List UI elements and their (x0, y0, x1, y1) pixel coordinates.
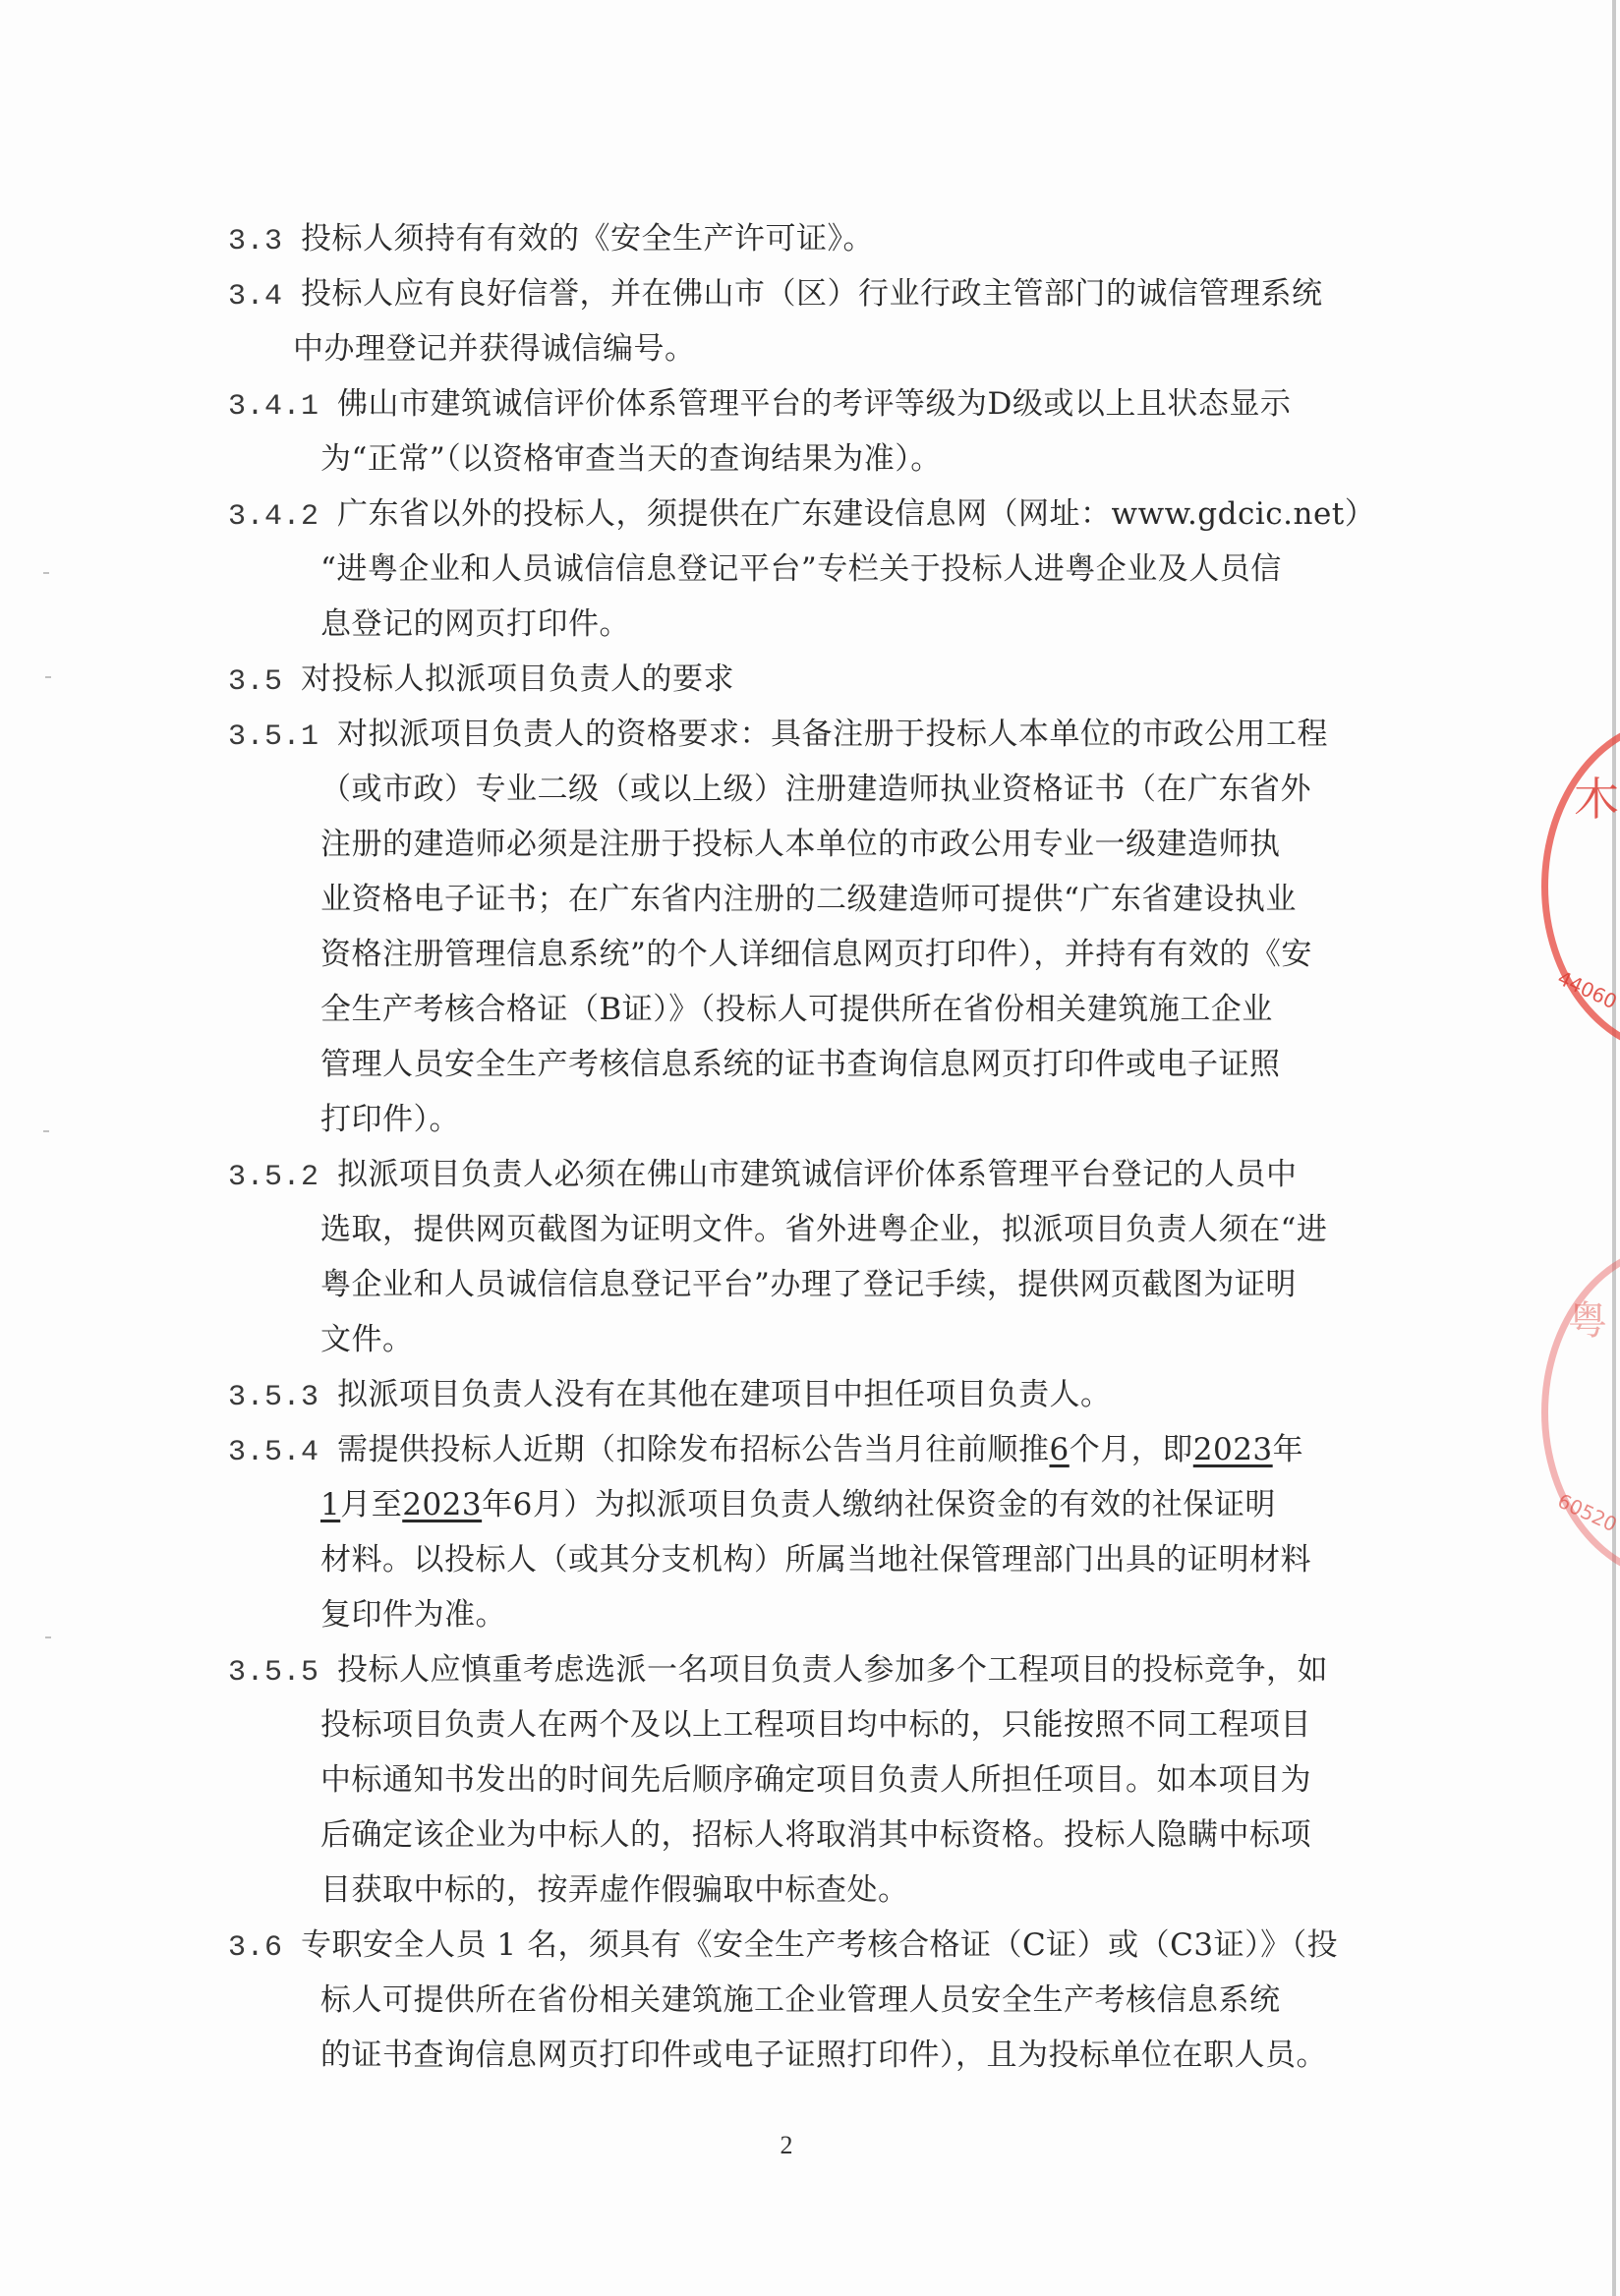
clause-text: 选取，提供网页截图为证明文件。省外进粤企业，拟派项目负责人须在“进 (320, 1212, 1327, 1247)
scan-speck (43, 1130, 49, 1132)
clause-text: 目获取中标的，按弄虚作假骗取中标查处。 (320, 1872, 909, 1908)
clause-continuation-line: 为“正常”（以资格审查当天的查询结果为准）。 (320, 431, 942, 487)
seal-number: 60520 (1554, 1489, 1620, 1537)
clause-text: 投标项目负责人在两个及以上工程项目均中标的，只能按照不同工程项目 (320, 1707, 1311, 1743)
clause-continuation-line: “进粤企业和人员诚信信息登记平台”专栏关于投标人进粤企业及人员信 (320, 542, 1282, 597)
seal-number: 44060 (1554, 966, 1620, 1014)
clause-continuation-line: 材料。以投标人（或其分支机构）所属当地社保管理部门出具的证明材料 (320, 1532, 1311, 1587)
clause-continuation-line: 目获取中标的，按弄虚作假骗取中标查处。 (320, 1863, 909, 1918)
clause-line: 3.5.1 对拟派项目负责人的资格要求：具备注册于投标人本单位的市政公用工程 (228, 707, 1328, 762)
clause-text: （或市政）专业二级（或以上级）注册建造师执业资格证书（在广东省外 (320, 772, 1311, 807)
clause-text: 材料。以投标人（或其分支机构）所属当地社保管理部门出具的证明材料 (320, 1542, 1311, 1578)
clause-number: 3.5.2 (228, 1161, 337, 1194)
clause-line: 3.5.3 拟派项目负责人没有在其他在建项目中担任项目负责人。 (228, 1367, 1112, 1422)
scan-speck (45, 676, 51, 678)
clause-line: 3.5.2 拟派项目负责人必须在佛山市建筑诚信评价体系管理平台登记的人员中 (228, 1147, 1298, 1202)
clause-text: 全生产考核合格证（B证）》（投标人可提供所在省份相关建筑施工企业 (320, 992, 1273, 1027)
clause-continuation-line: 的证书查询信息网页打印件或电子证照打印件），且为投标单位在职人员。 (320, 2028, 1327, 2083)
clause-text: 拟派项目负责人必须在佛山市建筑诚信评价体系管理平台登记的人员中 (337, 1157, 1298, 1192)
clause-text: 佛山市建筑诚信评价体系管理平台的考评等级为D级或以上且状态显示 (337, 386, 1291, 422)
clause-text: 专职安全人员 1 名，须具有《安全生产考核合格证（C证）或（C3证）》（投 (301, 1927, 1338, 1963)
clause-continuation-line: 中办理登记并获得诚信编号。 (293, 321, 696, 376)
clause-number: 3.4.1 (228, 390, 337, 424)
clause-text: 投标人应有良好信誉，并在佛山市（区）行业行政主管部门的诚信管理系统 (301, 276, 1323, 312)
clause-text: 注册的建造师必须是注册于投标人本单位的市政公用专业一级建造师执 (320, 827, 1281, 862)
clause-continuation-line: 文件。 (320, 1312, 414, 1367)
clause-continuation-line: （或市政）专业二级（或以上级）注册建造师执业资格证书（在广东省外 (320, 762, 1311, 817)
clause-text: 打印件）。 (320, 1102, 460, 1137)
clause-line: 3.4.2 广东省以外的投标人，须提供在广东建设信息网（网址：www.gdcic… (228, 487, 1375, 542)
scan-speck (43, 572, 49, 574)
clause-text: 需提供投标人近期（扣除发布招标公告当月往前顺推6个月，即2023年 (337, 1432, 1303, 1467)
clause-continuation-line: 打印件）。 (320, 1092, 460, 1147)
clause-number: 3.4.2 (228, 500, 337, 534)
clause-text: 文件。 (320, 1322, 414, 1357)
clause-continuation-line: 管理人员安全生产考核信息系统的证书查询信息网页打印件或电子证照 (320, 1037, 1281, 1092)
clause-line: 3.4.1 佛山市建筑诚信评价体系管理平台的考评等级为D级或以上且状态显示 (228, 376, 1291, 431)
official-seal-stamp: 木 44060 (1541, 717, 1620, 1056)
clause-text: 投标人须持有有效的《安全生产许可证》。 (301, 221, 874, 257)
clause-continuation-line: 息登记的网页打印件。 (320, 597, 630, 652)
clause-line: 3.3 投标人须持有有效的《安全生产许可证》。 (228, 211, 874, 266)
clause-text: 为“正常”（以资格审查当天的查询结果为准）。 (320, 441, 942, 477)
clause-number: 3.5.1 (228, 720, 337, 754)
clause-continuation-line: 注册的建造师必须是注册于投标人本单位的市政公用专业一级建造师执 (320, 817, 1281, 872)
clause-number: 3.5 (228, 665, 301, 699)
seal-glyph: 木 (1574, 764, 1619, 829)
clause-continuation-line: 1月至2023年6月）为拟派项目负责人缴纳社保资金的有效的社保证明 (320, 1477, 1276, 1532)
clause-text: 中标通知书发出的时间先后顺序确定项目负责人所担任项目。如本项目为 (320, 1762, 1311, 1798)
clause-text: 管理人员安全生产考核信息系统的证书查询信息网页打印件或电子证照 (320, 1047, 1281, 1082)
clause-text: 粤企业和人员诚信信息登记平台”办理了登记手续，提供网页截图为证明 (320, 1267, 1297, 1302)
clause-text: 复印件为准。 (320, 1597, 506, 1633)
clause-number: 3.5.3 (228, 1381, 337, 1414)
clause-continuation-line: 标人可提供所在省份相关建筑施工企业管理人员安全生产考核信息系统 (320, 1973, 1281, 2028)
clause-continuation-line: 中标通知书发出的时间先后顺序确定项目负责人所担任项目。如本项目为 (320, 1752, 1311, 1808)
clause-continuation-line: 复印件为准。 (320, 1587, 506, 1642)
clause-text: 的证书查询信息网页打印件或电子证照打印件），且为投标单位在职人员。 (320, 2038, 1327, 2073)
clause-text: 对拟派项目负责人的资格要求：具备注册于投标人本单位的市政公用工程 (337, 717, 1328, 752)
clause-continuation-line: 资格注册管理信息系统”的个人详细信息网页打印件），并持有有效的《安 (320, 927, 1312, 982)
clause-line: 3.5 对投标人拟派项目负责人的要求 (228, 652, 734, 707)
official-seal-stamp-2: 粤 60520 (1541, 1243, 1620, 1581)
clause-number: 3.5.5 (228, 1656, 337, 1690)
page-edge-border (1612, 0, 1616, 2296)
seal-glyph: 粤 (1568, 1290, 1607, 1346)
clause-continuation-line: 粤企业和人员诚信信息登记平台”办理了登记手续，提供网页截图为证明 (320, 1257, 1297, 1312)
clause-text: 标人可提供所在省份相关建筑施工企业管理人员安全生产考核信息系统 (320, 1982, 1281, 2018)
clause-continuation-line: 投标项目负责人在两个及以上工程项目均中标的，只能按照不同工程项目 (320, 1697, 1311, 1752)
clause-number: 3.5.4 (228, 1436, 337, 1469)
clause-text: 后确定该企业为中标人的，招标人将取消其中标资格。投标人隐瞒中标项 (320, 1817, 1311, 1853)
clause-text: 业资格电子证书；在广东省内注册的二级建造师可提供“广东省建设执业 (320, 882, 1297, 917)
clause-text: 拟派项目负责人没有在其他在建项目中担任项目负责人。 (337, 1377, 1112, 1412)
clause-number: 3.4 (228, 280, 301, 314)
clause-text: 资格注册管理信息系统”的个人详细信息网页打印件），并持有有效的《安 (320, 937, 1312, 972)
clause-continuation-line: 后确定该企业为中标人的，招标人将取消其中标资格。投标人隐瞒中标项 (320, 1808, 1311, 1863)
clause-line: 3.6 专职安全人员 1 名，须具有《安全生产考核合格证（C证）或（C3证）》（… (228, 1918, 1338, 1973)
clause-continuation-line: 业资格电子证书；在广东省内注册的二级建造师可提供“广东省建设执业 (320, 872, 1297, 927)
page-number: 2 (0, 2131, 1573, 2160)
clause-number: 3.3 (228, 225, 301, 258)
clause-line: 3.5.5 投标人应慎重考虑选派一名项目负责人参加多个工程项目的投标竞争，如 (228, 1642, 1328, 1697)
clause-text: 广东省以外的投标人，须提供在广东建设信息网（网址：www.gdcic.net） (337, 496, 1375, 532)
clause-continuation-line: 全生产考核合格证（B证）》（投标人可提供所在省份相关建筑施工企业 (320, 982, 1273, 1037)
clause-text: “进粤企业和人员诚信信息登记平台”专栏关于投标人进粤企业及人员信 (320, 551, 1282, 587)
clause-line: 3.4 投标人应有良好信誉，并在佛山市（区）行业行政主管部门的诚信管理系统 (228, 266, 1323, 321)
clause-text: 中办理登记并获得诚信编号。 (293, 331, 696, 367)
clause-text: 对投标人拟派项目负责人的要求 (301, 661, 734, 697)
clause-continuation-line: 选取，提供网页截图为证明文件。省外进粤企业，拟派项目负责人须在“进 (320, 1202, 1327, 1257)
clause-number: 3.6 (228, 1931, 301, 1965)
clause-text: 1月至2023年6月）为拟派项目负责人缴纳社保资金的有效的社保证明 (320, 1487, 1276, 1522)
clause-text: 投标人应慎重考虑选派一名项目负责人参加多个工程项目的投标竞争，如 (337, 1652, 1328, 1688)
clause-text: 息登记的网页打印件。 (320, 606, 630, 642)
scan-speck (45, 1636, 51, 1638)
clause-line: 3.5.4 需提供投标人近期（扣除发布招标公告当月往前顺推6个月，即2023年 (228, 1422, 1303, 1477)
